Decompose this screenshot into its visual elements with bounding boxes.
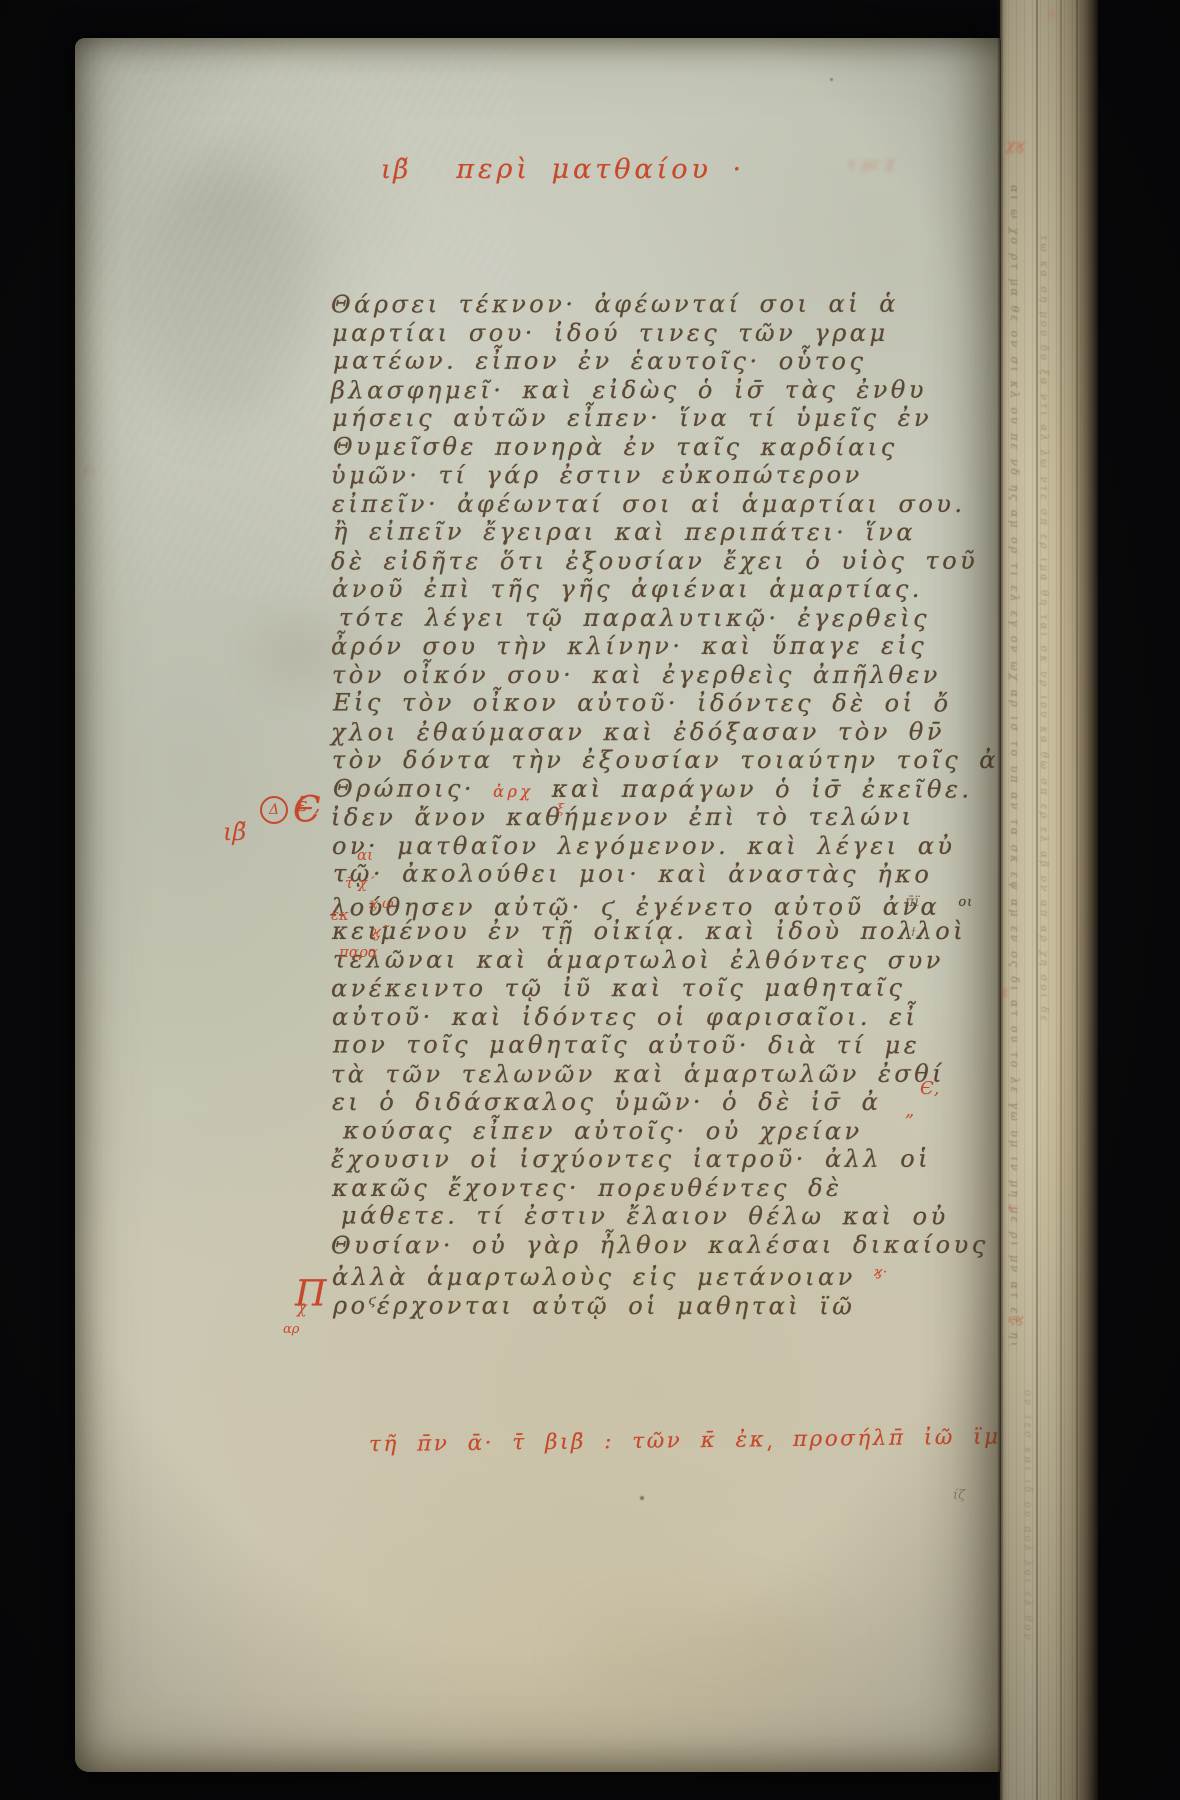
text-line: ἀνοῦ ἐπὶ τῆς γῆς ἀφιέναι ἁμαρτίας.: [332, 575, 1001, 604]
fore-edge-red-mark: ϗ: [1048, 6, 1055, 20]
ink-text: Θάρσει τέκνον· ἀφέωνταί σοι αἱ ἁ: [331, 290, 899, 319]
ink-text: ἢ εἰπεῖν ἔγειραι καὶ περιπάτει· ἵνα: [333, 518, 916, 547]
lection-start-mark: χ: [297, 1298, 307, 1317]
correction-mark: ξ: [557, 802, 564, 817]
fore-edge-red-mark: ι·: [1008, 1200, 1017, 1214]
lection-start-mark: αρ: [283, 1322, 299, 1337]
text-line: Θάρσει τέκνον· ἀφέωνταί σοι αἱ ἁ: [331, 290, 1001, 319]
ink-text: Θρώποις·: [333, 774, 493, 802]
fore-edge-red-mark: ςϗ: [1008, 1312, 1023, 1327]
text-line: Εἰς τὸν οἶκον αὐτοῦ· ἰδόντες δὲ οἱ ὄ: [333, 689, 1001, 718]
ink-text: κειμένου ἐν τῇ οἰκίᾳ. καὶ ἰδοὺ πολλοὶ: [332, 917, 966, 945]
text-line: τὸν οἶκόν σου· καὶ ἐγερθεὶς ἀπῆλθεν: [332, 661, 1001, 690]
ink-text: ἔχουσιν οἱ ἰσχύοντες ἰατροῦ· ἀλλ οἱ: [331, 1145, 931, 1174]
ink-text: καὶ παράγων ὁ ἰσ̄ ἐκεῖθε.: [534, 774, 973, 803]
ink-text: Εἰς τὸν οἶκον αὐτοῦ· ἰδόντες δὲ οἱ ὄ: [333, 689, 952, 718]
lection-note: ϗ ω: [369, 896, 394, 912]
text-line: χλοι ἐθαύμασαν καὶ ἐδόξασαν τὸν θν̄: [331, 717, 1001, 746]
page-gutter-shadow: [997, 0, 1003, 1800]
text-line: τὸν δόντα τὴν ἐξουσίαν τοιαύτην τοῖς ἀν: [332, 746, 1001, 775]
lection-note: αι: [357, 846, 373, 864]
ink-text: εἰπεῖν· ἀφέωνταί σοι αἱ ἁμαρτίαι σου.: [332, 490, 966, 518]
ink-text: βλασφημεῖ· καὶ εἰδὼς ὁ ἰσ̄ τὰς ἐνθυ: [331, 375, 927, 404]
ink-text: μαρτίαι σου· ἰδού τινες τῶν γραμ: [332, 319, 889, 347]
text-line: ει ὁ διδάσκαλος ὑμῶν· ὁ δὲ ἰσ̄ ἀ: [332, 1088, 1001, 1117]
text-line: τελῶναι καὶ ἁμαρτωλοὶ ἐλθόντες συν: [333, 945, 1001, 974]
text-line: τὰ τῶν τελωνῶν καὶ ἁμαρτωλῶν ἐσθί: [331, 1059, 1001, 1088]
rubric-inline: ϗ·: [874, 1265, 888, 1280]
fore-edge-crease: [1060, 0, 1062, 1800]
text-line: πον τοῖς μαθηταῖς αὐτοῦ· διὰ τί με: [333, 1031, 1001, 1060]
lection-letter-mark: Δ: [260, 796, 288, 824]
text-line: Προϛέρχονται αὐτῷ οἱ μαθηταὶ ϊῶ: [333, 1287, 1001, 1316]
text-line: Θυμεῖσθε πονηρὰ ἐν ταῖς καρδίαις: [333, 432, 1001, 461]
text-line: ματέων. εἶπον ἐν ἑαυτοῖς· οὗτος: [333, 347, 1001, 376]
ink-text: Θυμεῖσθε πονηρὰ ἐν ταῖς καρδίαις: [333, 432, 898, 461]
ink-text: κούσας εἶπεν αὐτοῖς· οὐ χρείαν: [343, 1116, 863, 1145]
ink-text: ρο: [333, 1291, 369, 1319]
ink-text: χλοι ἐθαύμασαν καὶ ἐδόξασαν τὸν θν̄: [331, 717, 945, 746]
text-line: ἔχουσιν οἱ ἰσχύοντες ἰατροῦ· ἀλλ οἱ: [331, 1145, 1001, 1174]
ink-text: τὸν δόντα τὴν ἐξουσίαν τοιαύτην τοῖς ἀν: [332, 746, 1001, 774]
text-line: Θυσίαν· οὐ γὰρ ἦλθον καλέσαι δικαίους: [331, 1230, 1001, 1259]
chapter-number: ιβ̃: [381, 155, 410, 185]
ink-text: τῷ· ἀκολούθει μοι· καὶ ἀναστὰς ἠκο: [333, 860, 932, 889]
chapter-title: περὶ ματθαίου ·: [456, 154, 745, 185]
text-line: ὑμῶν· τί γάρ ἐστιν εὐκοπώτερον: [331, 461, 1001, 490]
fore-edge-red-mark: ε: [1002, 985, 1009, 1000]
red-offset-smudge: ει: [83, 462, 96, 478]
margin-gloss: ϯ͵: [911, 924, 919, 940]
ink-text: ον· ματθαῖον λεγόμενον. καὶ λέγει αὐ: [332, 832, 956, 860]
ink-text: ἰδεν ἄνον καθήμενον ἐπὶ τὸ τελώνι: [331, 803, 914, 832]
text-line: κακῶς ἔχοντες· πορευθέντες δὲ: [332, 1174, 1001, 1203]
ink-text: ανέκειντο τῷ ἰῦ καὶ τοῖς μαθηταῖς: [331, 974, 905, 1003]
parchment-stain: [115, 158, 315, 418]
fore-edge-ghost-text: αι ω χο ρτ μα θε ον σι κλ ου πε νδ ης αμ…: [1008, 185, 1021, 1345]
chapter-number-margin: ιβ̃: [223, 818, 246, 846]
text-line: ον· ματθαῖον λεγόμενον. καὶ λέγει αὐ: [332, 832, 1001, 861]
text-line: ἆρόν σου τὴν κλίνην· καὶ ὕπαγε εἰς: [331, 632, 1001, 661]
ink-text: τελῶναι καὶ ἁμαρτωλοὶ ἐλθόντες συν: [333, 945, 944, 974]
fore-edge-red-mark: χϗ: [1006, 136, 1024, 154]
text-line: ἢ εἰπεῖν ἔγειραι καὶ περιπάτει· ἵνα: [333, 518, 1001, 547]
manuscript-page: ιβ̃ περὶ ματθαίου · Θάρσει τέκνον· ἀφέων…: [75, 38, 1001, 1772]
ink-text: τὰ τῶν τελωνῶν καὶ ἁμαρτωλῶν ἐσθί: [331, 1059, 945, 1088]
lection-number-mark: ε̃ ,: [297, 792, 320, 816]
lection-note: ϗ῀: [371, 922, 389, 941]
text-line: μαρτίαι σου· ἰδού τινες τῶν γραμ: [332, 319, 1001, 348]
ink-text: ει ὁ διδάσκαλος ὑμῶν· ὁ δὲ ἰσ̄ ἀ: [332, 1088, 881, 1116]
margin-mark: Є,: [920, 1078, 940, 1099]
ink-text: ματέων. εἶπον ἐν ἑαυτοῖς· οὗτος: [333, 347, 866, 376]
chapter-heading: ιβ̃ περὶ ματθαίου ·: [381, 154, 745, 185]
margin-gloss: π̄ϊ: [905, 894, 920, 910]
lection-note: τ̄ χ´: [345, 874, 375, 892]
ink-text: ἆρόν σου τὴν κλίνην· καὶ ὕπαγε εἰς: [331, 632, 927, 661]
text-line: μάθετε. τί ἐστιν ἔλαιον θέλω καὶ οὐ: [333, 1202, 1001, 1231]
fore-edge-crease: [1076, 0, 1078, 1800]
ink-text: ἀνοῦ ἐπὶ τῆς γῆς ἀφιέναι ἁμαρτίας.: [332, 575, 923, 603]
lection-rubric: τῆ π̄ν ᾱ· τ̄ βιβ̄ : τῶν κ̄ ἐκ͵ προσήλπ̄ …: [369, 1424, 1001, 1457]
text-line: μήσεις αὐτῶν εἶπεν· ἵνα τί ὑμεῖς ἐν: [332, 404, 1001, 433]
ink-text: μήσεις αὐτῶν εἶπεν· ἵνα τί ὑμεῖς ἐν: [332, 404, 932, 432]
red-offset-smudge: τ με χ: [847, 153, 896, 174]
ink-text: τὸν οἶκόν σου· καὶ ἐγερθεὶς ἀπῆλθεν: [332, 661, 941, 689]
folio-mark: ίζ: [953, 1488, 965, 1503]
text-line: βλασφημεῖ· καὶ εἰδὼς ὁ ἰσ̄ τὰς ἐνθυ: [331, 375, 1001, 404]
main-text-block: Θάρσει τέκνον· ἀφέωνταί σοι αἱ ἁμαρτίαι …: [332, 290, 1001, 1316]
ink-text: πον τοῖς μαθηταῖς αὐτοῦ· διὰ τί με: [333, 1031, 920, 1060]
parchment-stain: [575, 1598, 835, 1718]
text-line: κειμένου ἐν τῇ οἰκίᾳ. καὶ ἰδοὺ πολλοὶ: [332, 917, 1001, 946]
fore-edge-ghost-text: τω κα ση μου δο ξα ντι αλ λω ντε σπ ερ ι…: [1038, 235, 1049, 1285]
text-line: Єἰδεν ἄνον καθήμενον ἐπὶ τὸ τελώνι: [331, 803, 1001, 832]
text-line: λούθησεν αὐτῷ· ϛ ἐγένετο αὐτοῦ ἀνα οι: [331, 888, 1001, 917]
ink-text: μάθετε. τί ἐστιν ἔλαιον θέλω καὶ οὐ: [341, 1202, 949, 1231]
text-line: τῷ· ἀκολούθει μοι· καὶ ἀναστὰς ἠκο: [333, 860, 1001, 889]
text-line: αὐτοῦ· καὶ ἰδόντες οἱ φαρισαῖοι. εἶ: [332, 1003, 1001, 1032]
ink-speck: [640, 1496, 644, 1500]
margin-mark: „: [905, 1100, 914, 1121]
ink-text: έρχονται αὐτῷ οἱ μαθηταὶ ϊῶ: [377, 1291, 856, 1320]
ink-text: ϛ: [369, 1293, 377, 1308]
ink-text: οι: [958, 894, 973, 909]
text-line: ἀλλὰ ἁμαρτωλοὺς εἰς μετάνοιαν ϗ·: [332, 1259, 1001, 1288]
book-fore-edge: αι ω χο ρτ μα θε ον σι κλ ου πε νδ ης αμ…: [1000, 0, 1098, 1800]
text-line: εἰπεῖν· ἀφέωνταί σοι αἱ ἁμαρτίαι σου.: [332, 490, 1001, 519]
rubric-inline: ἀρχ: [493, 781, 533, 800]
lection-note: ἐκ: [331, 906, 349, 924]
text-line: τότε λέγει τῷ παραλυτικῷ· ἐγερθεὶς: [333, 603, 1001, 632]
ink-text: τότε λέγει τῷ παραλυτικῷ· ἐγερθεὶς: [339, 603, 930, 632]
ink-text: κακῶς ἔχοντες· πορευθέντες δὲ: [332, 1174, 842, 1202]
ink-text: αὐτοῦ· καὶ ἰδόντες οἱ φαρισαῖοι. εἶ: [332, 1003, 918, 1031]
text-line: Θρώποις· ἀρχ καὶ παράγων ὁ ἰσ̄ ἐκεῖθε.: [333, 774, 1001, 803]
text-line: κούσας εἶπεν αὐτοῖς· οὐ χρείαν: [333, 1116, 1001, 1145]
lection-note: παρα: [339, 943, 378, 961]
ink-speck: [830, 78, 833, 81]
ink-text: ὑμῶν· τί γάρ ἐστιν εὐκοπώτερον: [331, 461, 863, 490]
fore-edge-ghost-text: ον τεσ και ιδ ου πολ λοι ελ θον: [1022, 1390, 1033, 1770]
ink-text: Θυσίαν· οὐ γὰρ ἦλθον καλέσαι δικαίους: [331, 1230, 989, 1259]
text-line: ανέκειντο τῷ ἰῦ καὶ τοῖς μαθηταῖς: [331, 974, 1001, 1003]
text-line: δὲ εἰδῆτε ὅτι ἐξουσίαν ἔχει ὁ υἱὸς τοῦ: [331, 546, 1001, 575]
ink-text: δὲ εἰδῆτε ὅτι ἐξουσίαν ἔχει ὁ υἱὸς τοῦ: [331, 546, 978, 575]
